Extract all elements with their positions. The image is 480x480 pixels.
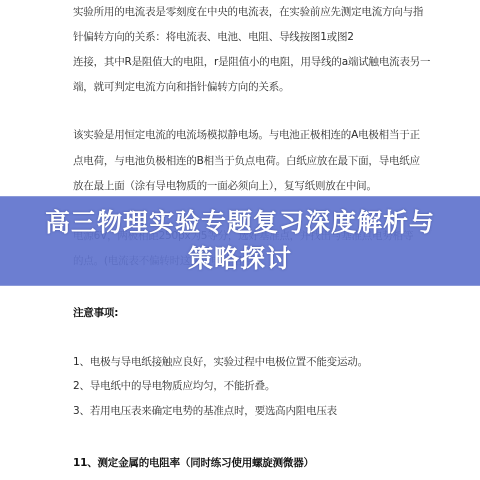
paragraph2-line2: 点电荷，与电池负极相连的B相当于负点电荷。白纸应放在最下面，导电纸应 <box>73 154 420 168</box>
document-page: 实验所用的电流表是零刻度在中央的电流表，在实验前应先测定电流方向与指 针偏转方向… <box>0 0 480 480</box>
paragraph1-line1: 实验所用的电流表是零刻度在中央的电流表，在实验前应先测定电流方向与指 <box>73 5 423 19</box>
banner-title-line2: 策略探讨 <box>0 241 480 277</box>
banner-title-line1: 高三物理实验专题复习深度解析与 <box>0 205 480 241</box>
paragraph1-line3: 连接，其中R是阻值大的电阻，r是阻值小的电阻，用导线的a端试触电流表另一 <box>73 55 430 69</box>
paragraph1-line2: 针偏转方向的关系：将电流表、电池、电阻、导线按图1或图2 <box>73 30 354 44</box>
notes-heading: 注意事项: <box>73 306 118 320</box>
banner-title: 高三物理实验专题复习深度解析与 策略探讨 <box>0 205 480 277</box>
note-item-1: 1、电极与导电纸接触应良好，实验过程中电极位置不能变运动。 <box>73 355 368 369</box>
section-heading: 11、测定金属的电阻率（同时练习使用螺旋测微器） <box>73 456 314 470</box>
paragraph2-line3: 放在最上面（涂有导电物质的一面必须向上），复写纸则放在中间。 <box>73 179 377 193</box>
title-banner: 高三物理实验专题复习深度解析与 策略探讨 <box>0 196 480 286</box>
paragraph1-line4: 端，就可判定电流方向和指针偏转方向的关系。 <box>73 80 289 94</box>
note-item-2: 2、导电纸中的导电物质应均匀，不能折叠。 <box>73 379 275 393</box>
paragraph2-line1: 该实验是用恒定电流的电流场模拟静电场。与电池正极相连的A电极相当于正 <box>73 128 420 142</box>
note-item-3: 3、若用电压表来确定电势的基准点时，要选高内阻电压表 <box>73 404 337 418</box>
